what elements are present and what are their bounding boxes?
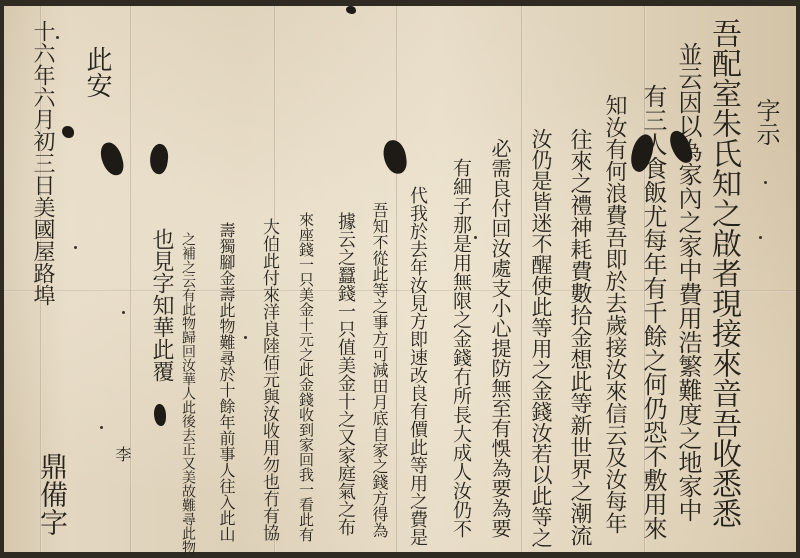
letter-heading: 字示 — [754, 98, 778, 146]
letter-column: 必需良付回汝處支小心提防無至有悞為要為要 — [490, 138, 510, 538]
speck — [244, 336, 247, 339]
ink-blot — [148, 143, 171, 176]
letter-column: 汝仍是皆迷不醒使此等用之金錢汝若以此等之 — [530, 128, 551, 548]
speck — [474, 236, 477, 239]
letter-column: 之補之云有此物歸回汝華人此後去正又美故難尋此物 — [181, 232, 195, 554]
signature: 鼎備字 — [38, 452, 66, 536]
letter-column: 代我於去年汝見方即速改良有價此等用之費是 — [408, 186, 426, 546]
letter-column: 據云之蠶錢一只值美金十之又家庭氣之布 — [336, 212, 354, 536]
letter-column: 大伯此付來洋良陸佰元與汝收用勿也冇有協 — [260, 218, 277, 541]
letter-paper: 字示 吾配室朱氏知之啟者現接來音吾收悉悉 並云因以為家內之家中費用浩繁難度之地家… — [4, 6, 796, 552]
ink-blot — [154, 404, 166, 426]
speck — [100, 426, 103, 429]
ink-blot — [98, 140, 126, 178]
letter-column: 吾知不從此等之事方可減田月底自家之錢方得為 — [371, 202, 387, 538]
fold-line — [130, 6, 132, 552]
letter-column: 知汝有何浪費吾即於去歲接汝來信云及汝每年 — [603, 94, 625, 534]
speck — [56, 36, 59, 39]
ink-blot — [346, 6, 356, 14]
ink-blot — [382, 139, 409, 176]
speck — [122, 311, 125, 314]
letter-column: 來座錢一只美金十元之此金錢收到家回我一看此有 — [298, 212, 313, 542]
letter-column: 往來之禮神耗費數拾金想此等新世界之潮流 — [568, 128, 590, 546]
fold-line — [396, 6, 398, 552]
letter-column: 有細子那是用無限之金錢冇所長大成人汝仍不 — [451, 158, 470, 538]
speck — [764, 181, 767, 184]
letter-column: 壽獨腳金壽此物難尋於十餘年前事人往入此山 — [218, 222, 234, 542]
speck — [759, 236, 762, 239]
letter-column: 並云因以為家內之家中費用浩繁難度之地家中 — [676, 42, 700, 522]
fold-line — [521, 6, 523, 552]
letter-column: 也見字知華此覆 — [150, 228, 172, 382]
margin-note: 李 — [114, 446, 130, 462]
ink-blot — [62, 126, 74, 138]
speck — [74, 246, 77, 249]
scan-background: 字示 吾配室朱氏知之啟者現接來音吾收悉悉 並云因以為家內之家中費用浩繁難度之地家… — [0, 0, 800, 558]
date-line: 十六年六月初三日美國屋路埠 — [31, 20, 53, 306]
letter-closing: 此安 — [84, 46, 110, 98]
letter-column: 吾配室朱氏知之啟者現接來音吾收悉悉 — [708, 18, 738, 528]
